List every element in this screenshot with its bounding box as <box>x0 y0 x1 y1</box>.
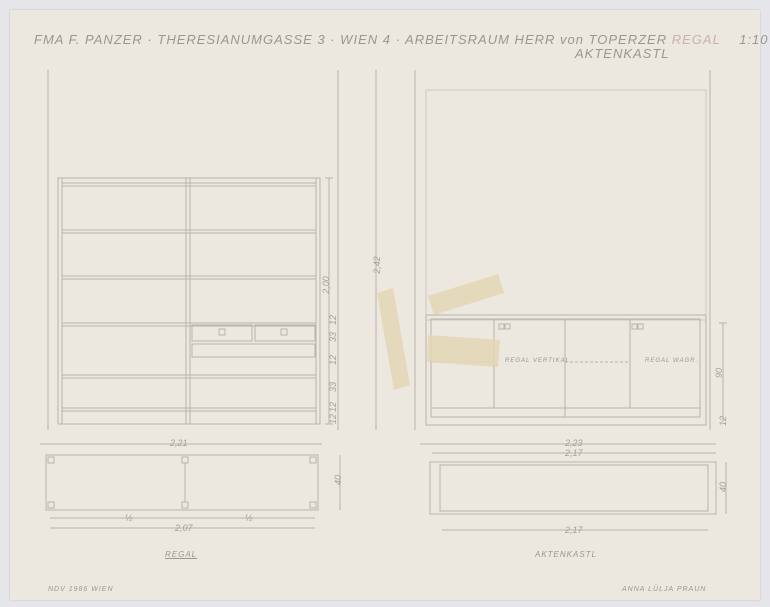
aktenkastl-inner-width: 2,17 <box>565 448 583 458</box>
stamp-right: ANNA LÜLJA PRAUN <box>622 586 706 593</box>
aktenkastl-base-height: 12 <box>718 416 728 426</box>
technical-drawing <box>10 10 760 600</box>
regal-half-left: ½ <box>125 513 133 523</box>
aktenkastl-height: 90 <box>714 368 724 378</box>
annotation-regal-wagr: REGAL WAGR. <box>645 358 698 364</box>
regal-dim-2: 33 <box>328 332 338 342</box>
scale: 1:10 <box>739 32 768 47</box>
regal-dim-1: 12 <box>328 315 338 325</box>
regal-plan-depth: 40 <box>333 475 343 485</box>
regal-label: REGAL <box>165 550 197 559</box>
drawing-sheet: FMA F. PANZER · THERESIANUMGASSE 3 · WIE… <box>10 10 760 600</box>
annotation-regal-vertikal: REGAL VERTIKAL <box>505 358 570 364</box>
drawing-title: FMA F. PANZER · THERESIANUMGASSE 3 · WIE… <box>34 32 769 47</box>
stamp-left: NDV 1986 WIEN <box>48 586 114 593</box>
regal-height: 2,00 <box>321 276 331 294</box>
drawing-subtitle: AKTENKASTL <box>575 46 670 61</box>
regal-dim-5: 12 <box>328 402 338 412</box>
masking-tape <box>377 274 504 390</box>
regal-half-right: ½ <box>245 513 253 523</box>
aktenkastl-label: AKTENKASTL <box>535 550 597 559</box>
aktenkastl-overall-width: 2,23 <box>565 438 583 448</box>
regal-dim-6: 12 <box>328 414 338 424</box>
aktenkastl-plan-depth: 40 <box>718 482 728 492</box>
title-red-word: REGAL <box>672 32 721 47</box>
regal-overall-width: 2,21 <box>170 438 188 448</box>
regal-dim-4: 33 <box>328 382 338 392</box>
aktenkastl-plan-width: 2,17 <box>565 525 583 535</box>
center-dim: 2,42 <box>372 256 382 274</box>
regal-plan-width: 2,07 <box>175 523 193 533</box>
regal-dim-3: 12 <box>328 355 338 365</box>
